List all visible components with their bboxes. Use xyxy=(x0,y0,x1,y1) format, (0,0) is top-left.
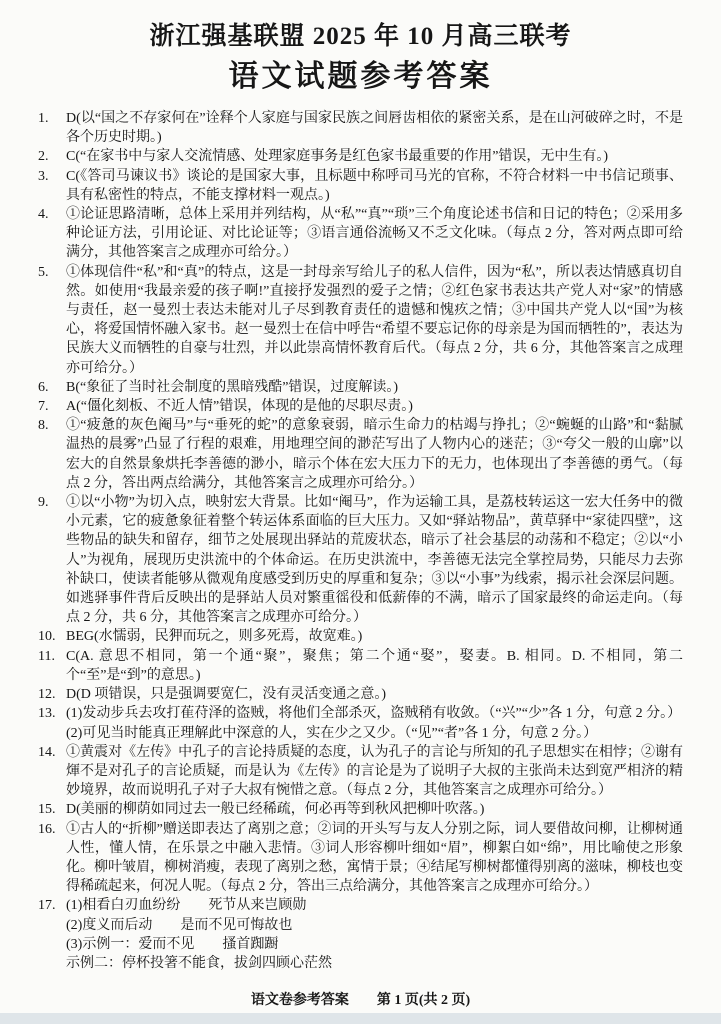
scan-edge-strip xyxy=(0,1013,721,1024)
answer-item-text: C(《答司马谏议书》谈论的是国家大事，且标题中称呼司马光的官称，不符合材料一中书… xyxy=(66,169,683,203)
answer-item-text: BEG(水懦弱，民狎而玩之，则多死焉，故宽难。) xyxy=(66,629,362,644)
answer-item-11: 11.C(A. 意思不相同，第一个通“聚”，聚焦；第二个通“娶”，娶妻。B. 相… xyxy=(38,647,683,685)
answer-item-17: 17.(1)相看白刃血纷纷 死节从来岂顾勋 (2)度义而后动 是而不见可悔故也 … xyxy=(38,896,683,973)
answer-item-text: ①“疲惫的灰色阉马”与“垂死的蛇”的意象衰弱，暗示生命力的枯竭与挣扎；②“蜿蜒的… xyxy=(66,418,683,491)
answer-item-15: 15.D(美丽的柳荫如同过去一般已经稀疏，何必再等到秋风把柳叶吹落。) xyxy=(38,800,683,819)
answer-item-number: 9. xyxy=(38,493,49,512)
answer-item-number: 16. xyxy=(38,820,56,839)
answer-item-number: 10. xyxy=(38,627,56,646)
answer-item-text: (1)发动步兵去攻打萑苻泽的盗贼，将他们全部杀灭，盗贼稍有收敛。（“兴”“少”各… xyxy=(66,706,681,740)
answer-item-14: 14.①黄震对《左传》中孔子的言论持质疑的态度，认为孔子的言论与所知的孔子思想实… xyxy=(38,743,683,801)
answer-item-text: ①体现信件“私”和“真”的特点，这是一封母亲写给儿子的私人信件，因为“私”，所以… xyxy=(66,265,683,376)
answer-item-text: D(D 项错误，只是强调要宽仁，没有灵活变通之意。) xyxy=(66,687,386,702)
answer-item-text: A(“僵化刻板、不近人情”错误，体现的是他的尽职尽责。) xyxy=(66,399,413,414)
answer-item-4: 4.①论证思路清晰，总体上采用并列结构，从“私”“真”“琐”三个角度论述书信和日… xyxy=(38,205,683,263)
document-page: 浙江强基联盟 2025 年 10 月高三联考 语文试题参考答案 1.D(以“国之… xyxy=(0,0,721,1009)
answer-item-2: 2.C(“在家书中与家人交流情感、处理家庭事务是红色家书最重要的作用”错误，无中… xyxy=(38,147,683,166)
answer-item-number: 4. xyxy=(38,205,49,224)
answer-item-number: 2. xyxy=(38,147,49,166)
answer-item-number: 5. xyxy=(38,263,49,282)
answer-item-9: 9.①以“小物”为切入点，映射宏大背景。比如“阉马”，作为运输工具，是荔枝转运这… xyxy=(38,493,683,627)
answer-item-number: 14. xyxy=(38,743,56,762)
answer-item-text: ①古人的“折柳”赠送即表达了离别之意；②词的开头写与友人分别之际，词人要借故问柳… xyxy=(66,822,683,895)
document-subtitle: 语文试题参考答案 xyxy=(38,60,683,94)
answer-item-text: (1)相看白刃血纷纷 死节从来岂顾勋 (2)度义而后动 是而不见可悔故也 (3)… xyxy=(66,898,332,971)
answer-item-number: 8. xyxy=(38,416,49,435)
answer-item-6: 6.B(“象征了当时社会制度的黑暗残酷”错误，过度解读。) xyxy=(38,378,683,397)
answer-item-number: 17. xyxy=(38,896,56,915)
answer-item-number: 3. xyxy=(38,167,49,186)
answer-item-text: ①以“小物”为切入点，映射宏大背景。比如“阉马”，作为运输工具，是荔枝转运这一宏… xyxy=(66,495,683,625)
answer-item-text: ①论证思路清晰，总体上采用并列结构，从“私”“真”“琐”三个角度论述书信和日记的… xyxy=(66,207,683,260)
answer-item-text: C(“在家书中与家人交流情感、处理家庭事务是红色家书最重要的作用”错误，无中生有… xyxy=(66,149,608,164)
answer-item-text: B(“象征了当时社会制度的黑暗残酷”错误，过度解读。) xyxy=(66,380,398,395)
answer-item-8: 8.①“疲惫的灰色阉马”与“垂死的蛇”的意象衰弱，暗示生命力的枯竭与挣扎；②“蜿… xyxy=(38,416,683,493)
answer-item-5: 5.①体现信件“私”和“真”的特点，这是一封母亲写给儿子的私人信件，因为“私”，… xyxy=(38,263,683,378)
answer-item-text: D(美丽的柳荫如同过去一般已经稀疏，何必再等到秋风把柳叶吹落。) xyxy=(66,802,484,817)
answer-item-text: C(A. 意思不相同，第一个通“聚”，聚焦；第二个通“娶”，娶妻。B. 相同。D… xyxy=(66,649,683,683)
page-footer: 语文卷参考答案 第 1 页(共 2 页) xyxy=(38,989,683,1009)
answer-item-16: 16.①古人的“折柳”赠送即表达了离别之意；②词的开头写与友人分别之际，词人要借… xyxy=(38,820,683,897)
answer-item-13: 13.(1)发动步兵去攻打萑苻泽的盗贼，将他们全部杀灭，盗贼稍有收敛。（“兴”“… xyxy=(38,704,683,742)
answer-item-number: 1. xyxy=(38,109,49,128)
answer-item-number: 12. xyxy=(38,685,56,704)
answer-item-text: D(以“国之不存家何在”诠释个人家庭与国家民族之间唇齿相依的紧密关系，是在山河破… xyxy=(66,111,683,145)
answer-item-1: 1.D(以“国之不存家何在”诠释个人家庭与国家民族之间唇齿相依的紧密关系，是在山… xyxy=(38,109,683,147)
answer-item-number: 7. xyxy=(38,397,49,416)
document-title: 浙江强基联盟 2025 年 10 月高三联考 xyxy=(38,22,683,52)
answer-item-12: 12.D(D 项错误，只是强调要宽仁，没有灵活变通之意。) xyxy=(38,685,683,704)
answer-item-7: 7.A(“僵化刻板、不近人情”错误，体现的是他的尽职尽责。) xyxy=(38,397,683,416)
answers-list: 1.D(以“国之不存家何在”诠释个人家庭与国家民族之间唇齿相依的紧密关系，是在山… xyxy=(38,109,683,973)
answer-item-3: 3.C(《答司马谏议书》谈论的是国家大事，且标题中称呼司马光的官称，不符合材料一… xyxy=(38,167,683,205)
answer-item-text: ①黄震对《左传》中孔子的言论持质疑的态度，认为孔子的言论与所知的孔子思想实在相悖… xyxy=(66,745,683,798)
answer-item-10: 10.BEG(水懦弱，民狎而玩之，则多死焉，故宽难。) xyxy=(38,627,683,646)
answer-item-number: 6. xyxy=(38,378,49,397)
answer-item-number: 15. xyxy=(38,800,56,819)
answer-item-number: 13. xyxy=(38,704,56,723)
answer-item-number: 11. xyxy=(38,647,55,666)
